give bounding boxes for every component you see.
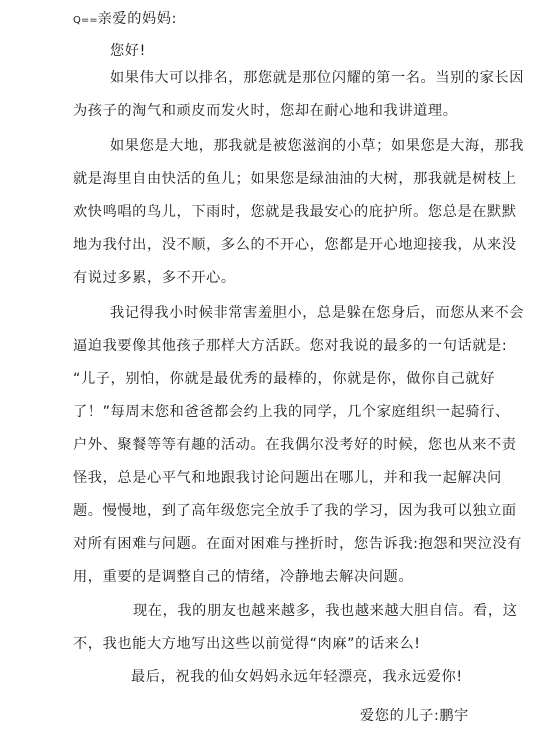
body-line: 了！”每周末您和爸爸都会约上我的同学，几个家庭组织一起骑行、	[73, 402, 510, 422]
body-line: 如果您是大地，那我就是被您滋润的小草；如果您是大海，那我	[110, 136, 524, 156]
body-line: 逼迫我要像其他孩子那样大方活跃。您对我说的最多的一句话就是:	[73, 336, 507, 356]
body-line: 如果伟大可以排名，那您就是那位闪耀的第一名。当别的家长因	[110, 68, 524, 88]
salutation: 亲爱的妈妈:	[98, 11, 177, 27]
body-line: 怪我，总是心平气和地跟我讨论问题出在哪儿，并和我一起解决问	[73, 468, 502, 488]
salutation-prefix: Q==	[73, 15, 98, 26]
body-line: 对所有困难与问题。在面对困难与挫折时，您告诉我:抱怨和哭泣没有	[73, 534, 522, 554]
body-line: 户外、聚餐等等有趣的活动。在我偶尔没考好的时候，您也从来不责	[73, 435, 517, 455]
body-line: 最后，祝我的仙女妈妈永远年轻漂亮，我永远爱你!	[131, 667, 463, 687]
body-line: 不，我也能大方地写出这些以前觉得“肉麻”的话来么!	[73, 634, 421, 654]
body-line: 用，重要的是调整自己的情绪，冷静地去解决问题。	[73, 567, 413, 587]
body-line: 有说过多累，多不开心。	[73, 268, 236, 288]
body-line: 就是海里自由快活的鱼儿；如果您是绿油油的大树，那我就是树枝上	[73, 169, 517, 189]
body-line: 我记得我小时候非常害羞胆小，总是躲在您身后，而您从来不会	[110, 303, 524, 323]
signature: 爱您的儿子:鹏宇	[360, 706, 469, 726]
greeting: 您好!	[110, 41, 146, 61]
body-line: 为孩子的淘气和顽皮而发火时，您却在耐心地和我讲道理。	[73, 101, 457, 121]
body-line: 地为我付出，没不顺，多么的不开心，您都是开心地迎接我，从来没	[73, 235, 517, 255]
body-line: 题。慢慢地，到了高年级您完全放手了我的学习，因为我可以独立面	[73, 501, 517, 521]
body-line: 欢快鸣唱的鸟儿，下雨时，您就是我最安心的庇护所。您总是在默默	[73, 202, 517, 222]
body-line: 现在，我的朋友也越来越多，我也越来越大胆自信。看，这	[133, 601, 517, 621]
salutation-line: Q==亲爱的妈妈:	[73, 9, 177, 29]
body-line: “儿子，别怕，你就是最优秀的最棒的，你就是你，做你自己就好	[73, 369, 495, 389]
